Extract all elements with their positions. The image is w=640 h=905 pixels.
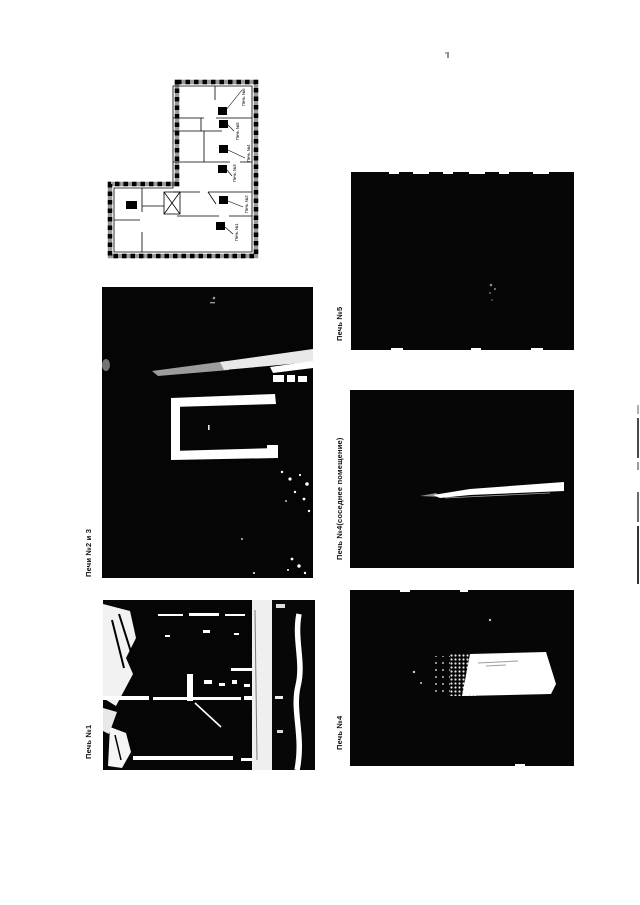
white-dashes <box>273 375 307 382</box>
scan-edge-line <box>637 492 639 522</box>
scan-edge-line <box>637 405 639 414</box>
plan-label-stove-1: Печь №1 <box>234 223 239 241</box>
scan-edge-line <box>637 526 639 584</box>
scanned-document-page: Печь №6 Печь №5 Печь №4 Печь №3 Печь №2 … <box>0 0 640 905</box>
scan-edge-line <box>637 418 639 458</box>
stove-3-marker <box>218 165 227 173</box>
plan-label-stove-5: Печь №5 <box>235 122 240 140</box>
plan-label-stove-6: Печь №6 <box>241 88 246 106</box>
photo-label-stove-5: Печь №5 <box>336 307 344 341</box>
stove-6-marker <box>218 107 227 115</box>
photo-label-stove-4-adjacent: Печь №4(соседнее помещение) <box>336 437 344 560</box>
photo-label-stove-1: Печь №1 <box>85 725 93 759</box>
photo-stove-4-adjacent <box>350 390 574 568</box>
photo-stove-4 <box>350 590 574 766</box>
photo-stove-1 <box>103 600 315 770</box>
building-floor-plan: Печь №6 Печь №5 Печь №4 Печь №3 Печь №2 … <box>104 74 264 266</box>
stove-1-marker <box>216 222 225 230</box>
photo-stoves-2-3 <box>102 287 313 578</box>
photo-stove-5 <box>351 172 574 350</box>
photo-label-stove-4: Печь №4 <box>336 716 344 750</box>
stove-4-marker <box>219 145 228 153</box>
plan-label-stove-2: Печь №2 <box>244 195 249 213</box>
plan-label-stove-4: Печь №4 <box>246 144 251 162</box>
photo-label-stoves-2-3: Печи №2 и 3 <box>85 529 93 577</box>
stray-ink-mark <box>447 52 449 58</box>
stove-2-marker <box>219 196 228 204</box>
doorway-light <box>252 600 315 770</box>
scan-edge-line <box>637 462 639 470</box>
plan-label-stove-3: Печь №3 <box>232 164 237 182</box>
stove-left-wing-marker <box>126 201 137 209</box>
stove-5-marker <box>219 120 228 128</box>
